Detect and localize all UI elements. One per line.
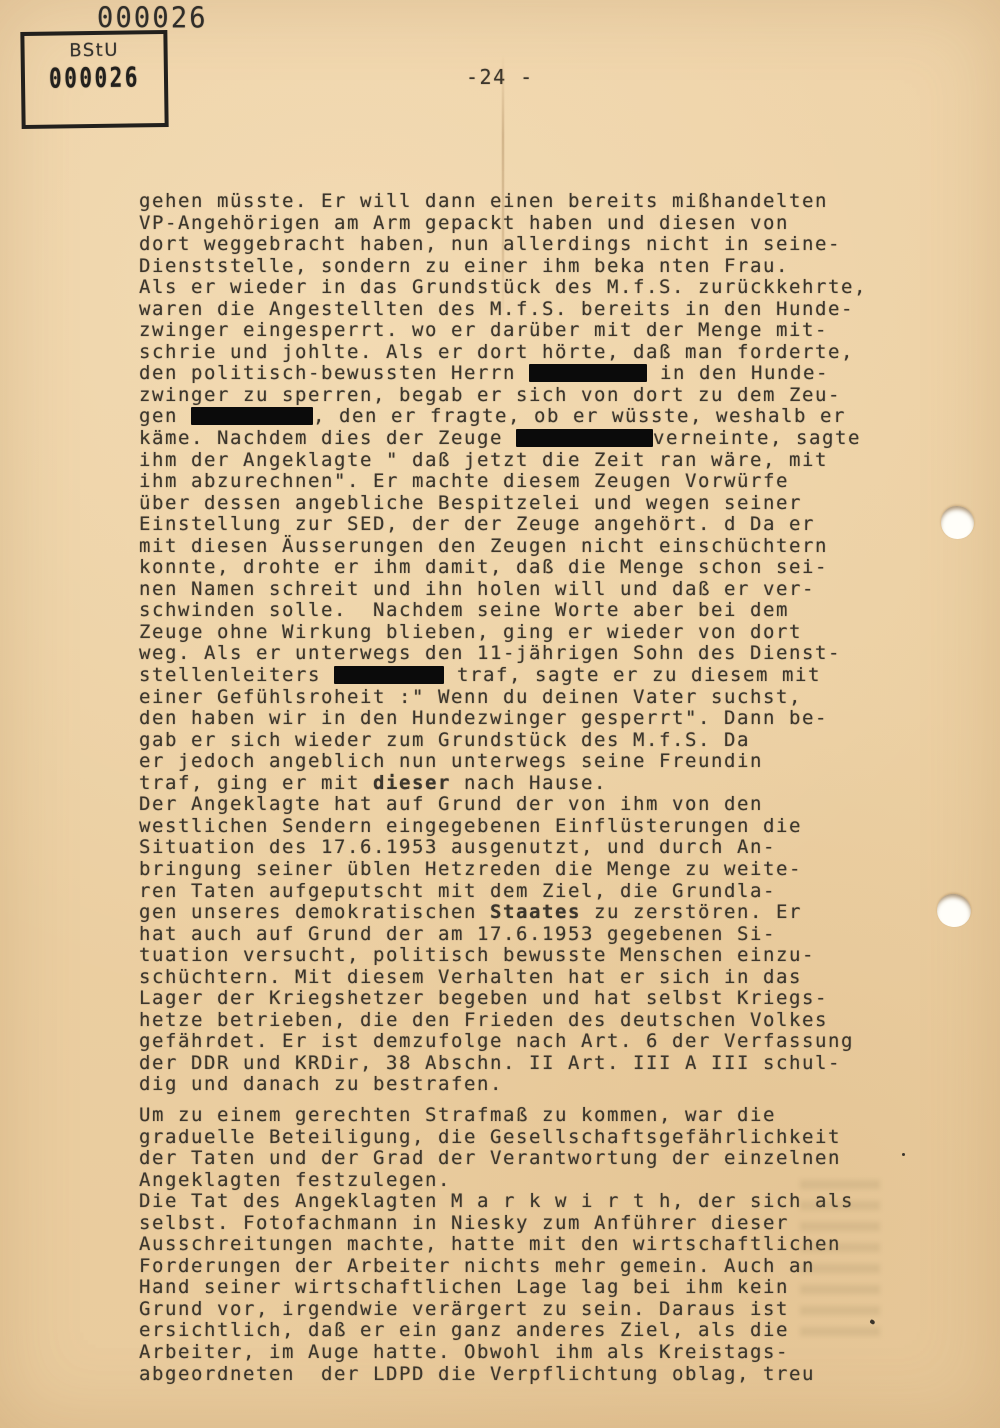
text-segment: der DDR und KRDir, 38 Abschn. II Art. II… [139,1052,841,1074]
text-segment: schrie und johlte. Als er dort hörte, da… [139,341,854,363]
text-segment: Dienststelle, sondern zu einer ihm beka … [139,255,789,277]
text-segment: Der Angeklagte hat auf Grund der von ihm… [139,793,763,815]
text-segment: Die Tat des Angeklagten M a r k w i r t … [139,1190,854,1212]
text-segment: gefährdet. Er ist demzufolge nach Art. 6… [139,1030,854,1052]
ink-bleedthrough [800,1180,880,1340]
text-line: VP-Angehörigen am Arm gepackt haben und … [139,213,885,235]
text-line: der DDR und KRDir, 38 Abschn. II Art. II… [139,1053,885,1075]
text-line: Als er wieder in das Grundstück des M.f.… [139,277,885,299]
text-line: schrie und johlte. Als er dort hörte, da… [139,342,885,364]
text-segment: zwinger zu sperren, begab er sich von do… [139,384,841,406]
text-line: westlichen Sendern eingegebenen Einflüst… [139,816,885,838]
text-line: gen unseres demokratischen Staates zu ze… [139,902,885,924]
text-segment: schwinden solle. Nachdem seine Worte abe… [139,599,789,621]
text-segment: Staates [490,901,581,923]
text-segment: den politisch-bewussten Herrn [139,362,529,384]
bstu-stamp-number: 000026 [25,61,164,94]
text-line: Hand seiner wirtschaftlichen Lage lag be… [139,1277,885,1299]
text-line: Angeklagten festzulegen. [139,1170,885,1192]
text-segment: ersichtlich, daß er ein ganz anderes Zie… [139,1319,789,1341]
text-line: einer Gefühlsroheit :" Wenn du deinen Va… [139,687,885,709]
text-segment: hetze betrieben, die den Frieden des deu… [139,1009,828,1031]
text-segment: Lager der Kriegshetzer begeben und hat s… [139,987,828,1009]
text-line: den haben wir in den Hundezwinger gesper… [139,708,885,730]
redaction-bar [191,407,313,425]
text-line: gab er sich wieder zum Grundstück des M.… [139,730,885,752]
document-page: 000026 BStU 000026 -24 - gehen müsste. E… [0,0,1000,1428]
text-segment: über dessen angebliche Bespitzelei und w… [139,492,802,514]
text-segment: stellenleiters [139,664,334,686]
text-segment: ihm der Angeklagte " daß jetzt die Zeit … [139,449,828,471]
text-segment: selbst. Fotofachmann in Niesky zum Anfüh… [139,1212,789,1234]
text-segment: graduelle Beteiligung, die Gesellschafts… [139,1126,841,1148]
text-segment: gen [139,405,191,427]
text-line: ihm der Angeklagte " daß jetzt die Zeit … [139,450,885,472]
text-line: dig und danach zu bestrafen. [139,1074,885,1096]
text-segment: nen Namen schreit und ihn holen will und… [139,578,815,600]
text-segment: ihm abzurechnen". Er machte diesem Zeuge… [139,470,789,492]
text-line: stellenleiters traf, sagte er zu diesem … [139,665,885,687]
text-line: waren die Angestellten des M.f.S. bereit… [139,299,885,321]
page-number: -24 - [466,65,534,89]
text-segment: nach Hause. [451,772,607,794]
text-line: bringung seiner üblen Hetzreden die Meng… [139,859,885,881]
text-line: abgeordneten der LDPD die Verpflichtung … [139,1364,885,1386]
text-line: schüchtern. Mit diesem Verhalten hat er … [139,967,885,989]
text-segment: käme. Nachdem dies der Zeuge [139,427,516,449]
text-line: hetze betrieben, die den Frieden des deu… [139,1010,885,1032]
text-line: Einstellung zur SED, der der Zeuge angeh… [139,514,885,536]
text-segment: gab er sich wieder zum Grundstück des M.… [139,729,750,751]
text-line: käme. Nachdem dies der Zeuge verneinte, … [139,428,885,450]
bstu-stamp-organization: BStU [24,39,163,62]
text-line: weg. Als er unterwegs den 11-jährigen So… [139,643,885,665]
text-line: er jedoch angeblich nun unterwegs seine … [139,751,885,773]
text-segment: dig und danach zu bestrafen. [139,1073,503,1095]
text-segment: Hand seiner wirtschaftlichen Lage lag be… [139,1276,789,1298]
text-segment: Ausschreitungen machte, hatte mit den wi… [139,1233,841,1255]
text-segment: verneinte, sagte [653,427,861,449]
text-line: gefährdet. Er ist demzufolge nach Art. 6… [139,1031,885,1053]
text-line: gehen müsste. Er will dann einen bereits… [139,191,885,213]
text-segment: , den er fragte, ob er wüsste, weshalb e… [313,405,846,427]
text-line: Um zu einem gerechten Strafmaß zu kommen… [139,1105,885,1127]
text-segment: den haben wir in den Hundezwinger gesper… [139,707,828,729]
text-line: zwinger eingesperrt. wo er darüber mit d… [139,320,885,342]
text-segment: traf, sagte er zu diesem mit [444,664,821,686]
text-line: traf, ging er mit dieser nach Hause. [139,773,885,795]
text-segment: schüchtern. Mit diesem Verhalten hat er … [139,966,802,988]
paragraph: Um zu einem gerechten Strafmaß zu kommen… [139,1105,885,1385]
text-line: Dienststelle, sondern zu einer ihm beka … [139,256,885,278]
bstu-stamp: BStU 000026 [20,30,168,129]
text-line: den politisch-bewussten Herrn in den Hun… [139,363,885,385]
text-line: Lager der Kriegshetzer begeben und hat s… [139,988,885,1010]
redaction-bar [516,429,653,447]
text-segment: mit diesen Äusserungen den Zeugen nicht … [139,535,828,557]
text-segment: waren die Angestellten des M.f.S. bereit… [139,298,854,320]
text-segment: ren Taten aufgeputscht mit dem Ziel, die… [139,880,776,902]
text-line: schwinden solle. Nachdem seine Worte abe… [139,600,885,622]
redaction-bar [334,666,444,684]
text-line: hat auch auf Grund der am 17.6.1953 gege… [139,924,885,946]
text-segment: gehen müsste. Er will dann einen bereits… [139,190,828,212]
text-line: Forderungen der Arbeiter nichts mehr gem… [139,1256,885,1278]
text-segment: traf, ging er mit [139,772,373,794]
document-body: gehen müsste. Er will dann einen bereits… [139,191,885,1385]
text-line: ren Taten aufgeputscht mit dem Ziel, die… [139,881,885,903]
text-segment: Angeklagten festzulegen. [139,1169,451,1191]
redaction-bar [529,364,647,382]
text-segment: westlichen Sendern eingegebenen Einflüst… [139,815,802,837]
text-line: Der Angeklagte hat auf Grund der von ihm… [139,794,885,816]
text-line: Ausschreitungen machte, hatte mit den wi… [139,1234,885,1256]
text-line: ersichtlich, daß er ein ganz anderes Zie… [139,1320,885,1342]
text-segment: zu zerstören. Er [581,901,802,923]
text-line: Zeuge ohne Wirkung blieben, ging er wied… [139,622,885,644]
text-segment: Zeuge ohne Wirkung blieben, ging er wied… [139,621,802,643]
text-segment: tuation versucht, politisch bewusste Men… [139,944,815,966]
text-line: zwinger zu sperren, begab er sich von do… [139,385,885,407]
text-line: über dessen angebliche Bespitzelei und w… [139,493,885,515]
text-line: nen Namen schreit und ihn holen will und… [139,579,885,601]
paragraph: gehen müsste. Er will dann einen bereits… [139,191,885,1096]
text-segment: Um zu einem gerechten Strafmaß zu kommen… [139,1104,776,1126]
text-segment: Einstellung zur SED, der der Zeuge angeh… [139,513,815,535]
text-segment: weg. Als er unterwegs den 11-jährigen So… [139,642,841,664]
text-segment: Forderungen der Arbeiter nichts mehr gem… [139,1255,815,1277]
text-segment: Grund vor, irgendwie verärgert zu sein. … [139,1298,789,1320]
text-segment: einer Gefühlsroheit :" Wenn du deinen Va… [139,686,802,708]
text-segment: abgeordneten der LDPD die Verpflichtung … [139,1363,815,1385]
text-segment: zwinger eingesperrt. wo er darüber mit d… [139,319,828,341]
paper-speck [902,1153,905,1156]
text-line: Die Tat des Angeklagten M a r k w i r t … [139,1191,885,1213]
text-line: tuation versucht, politisch bewusste Men… [139,945,885,967]
text-segment: dort weggebracht haben, nun allerdings n… [139,233,841,255]
text-line: Grund vor, irgendwie verärgert zu sein. … [139,1299,885,1321]
text-line: Arbeiter, im Auge hatte. Obwohl ihm als … [139,1342,885,1364]
text-line: Situation des 17.6.1953 ausgenutzt, und … [139,837,885,859]
text-line: selbst. Fotofachmann in Niesky zum Anfüh… [139,1213,885,1235]
text-segment: VP-Angehörigen am Arm gepackt haben und … [139,212,789,234]
text-segment: der Taten und der Grad der Verantwortung… [139,1147,841,1169]
punch-hole-top [941,506,974,539]
text-line: graduelle Beteiligung, die Gesellschafts… [139,1127,885,1149]
text-segment: bringung seiner üblen Hetzreden die Meng… [139,858,802,880]
text-line: ihm abzurechnen". Er machte diesem Zeuge… [139,471,885,493]
text-segment: Als er wieder in das Grundstück des M.f.… [139,276,867,298]
text-line: mit diesen Äusserungen den Zeugen nicht … [139,536,885,558]
text-line: der Taten und der Grad der Verantwortung… [139,1148,885,1170]
punch-hole-bottom [935,892,973,929]
text-segment: dieser [373,772,451,794]
text-segment: hat auch auf Grund der am 17.6.1953 gege… [139,923,776,945]
text-segment: in den Hunde- [647,362,829,384]
text-segment: Arbeiter, im Auge hatte. Obwohl ihm als … [139,1341,789,1363]
text-segment: gen unseres demokratischen [139,901,490,923]
text-segment: er jedoch angeblich nun unterwegs seine … [139,750,763,772]
text-line: konnte, drohte er ihm damit, daß die Men… [139,557,885,579]
text-segment: Situation des 17.6.1953 ausgenutzt, und … [139,836,776,858]
text-line: dort weggebracht haben, nun allerdings n… [139,234,885,256]
text-line: gen , den er fragte, ob er wüsste, wesha… [139,406,885,428]
text-segment: konnte, drohte er ihm damit, daß die Men… [139,556,828,578]
